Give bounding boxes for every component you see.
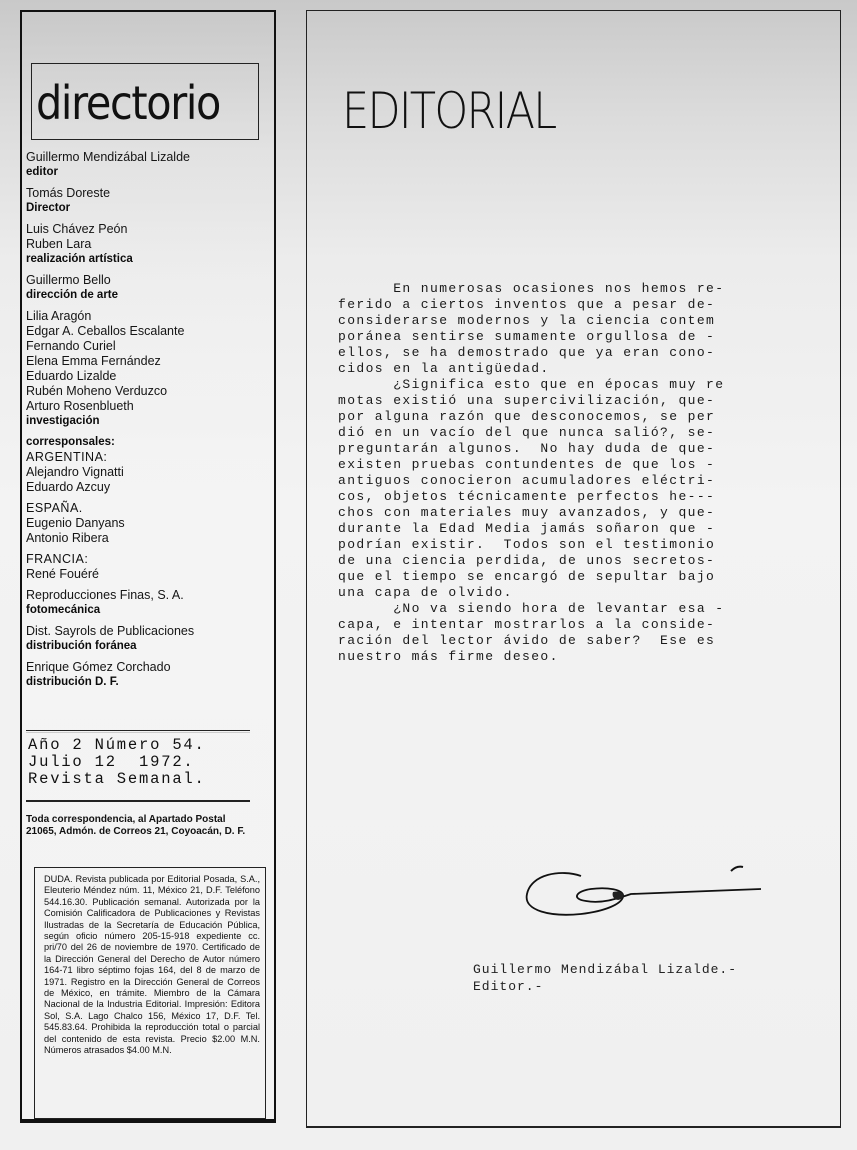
editorial-title: EDITORIAL xyxy=(342,81,556,141)
editorial-line: que el tiempo se encargó de sepultar baj… xyxy=(338,569,818,585)
editorial-line: cidos en la antigüedad. xyxy=(338,361,818,377)
editorial-line: dió en un vacío del que nunca salió?, se… xyxy=(338,425,818,441)
legal-container: DUDA. Revista publicada por Editorial Po… xyxy=(20,10,276,1123)
editorial-line: motas existió una supercivilización, que… xyxy=(338,393,818,409)
editorial-line: cos, objetos técnicamente perfectos he--… xyxy=(338,489,818,505)
editorial-line: chos con materiales muy avanzados, y que… xyxy=(338,505,818,521)
editorial-line: durante la Edad Media jamás soñaron que … xyxy=(338,521,818,537)
editorial-line: ferido a ciertos inventos que a pesar de… xyxy=(338,297,818,313)
editorial-line: En numerosas ocasiones nos hemos re- xyxy=(338,281,818,297)
signature-icon xyxy=(521,849,771,939)
editorial-line: considerarse modernos y la ciencia conte… xyxy=(338,313,818,329)
signer-role: Editor.- xyxy=(473,979,543,994)
signature-name: Guillermo Mendizábal Lizalde.- Editor.- xyxy=(473,961,737,995)
editorial-line: ración del lector ávido de saber? Ese es xyxy=(338,633,818,649)
editorial-body: En numerosas ocasiones nos hemos re-feri… xyxy=(338,281,818,665)
editorial-line: ellos, se ha demostrado que ya eran cono… xyxy=(338,345,818,361)
legal-notice: DUDA. Revista publicada por Editorial Po… xyxy=(34,867,266,1119)
editorial-line: ¿No va siendo hora de levantar esa - xyxy=(338,601,818,617)
editorial-line: existen pruebas contundentes de que los … xyxy=(338,457,818,473)
editorial-line: poránea sentirse sumamente orgullosa de … xyxy=(338,329,818,345)
editorial-line: capa, e intentar mostrarlos a la conside… xyxy=(338,617,818,633)
editorial-line: ¿Significa esto que en épocas muy re xyxy=(338,377,818,393)
editorial-panel: EDITORIAL En numerosas ocasiones nos hem… xyxy=(306,10,841,1128)
editorial-line: por alguna razón que desconocemos, se pe… xyxy=(338,409,818,425)
signer-name: Guillermo Mendizábal Lizalde.- xyxy=(473,962,737,977)
editorial-line: de una ciencia perdida, de unos secretos… xyxy=(338,553,818,569)
editorial-line: preguntarán algunos. No hay duda de que- xyxy=(338,441,818,457)
editorial-line: antiguos conocieron acumuladores eléctri… xyxy=(338,473,818,489)
editorial-line: nuestro más firme deseo. xyxy=(338,649,818,665)
editorial-line: podrían existir. Todos son el testimonio xyxy=(338,537,818,553)
editorial-line: una capa de olvido. xyxy=(338,585,818,601)
